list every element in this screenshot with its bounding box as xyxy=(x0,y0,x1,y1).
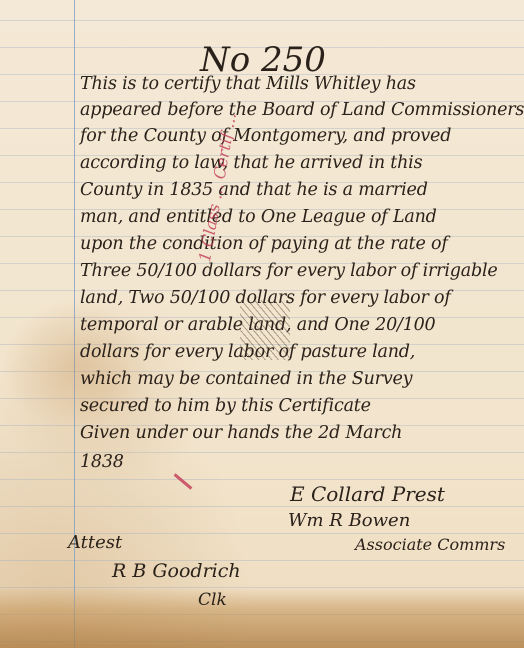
signature-president: E Collard Prest xyxy=(290,482,445,506)
signature-associate: Associate Commrs xyxy=(355,535,505,554)
signature-commissioner: Wm R Bowen xyxy=(288,510,410,531)
clerk-title: Clk xyxy=(198,590,227,610)
body-line: upon the condition of paying at the rate… xyxy=(80,234,448,254)
body-line: according to law, that he arrived in thi… xyxy=(80,153,422,173)
body-line: secured to him by this Certificate xyxy=(80,396,371,416)
water-stain-bottom xyxy=(0,588,524,648)
body-line: County in 1835 and that he is a married xyxy=(80,180,428,200)
body-line: man, and entitled to One League of Land xyxy=(80,207,437,227)
body-line: for the County of Montgomery, and proved xyxy=(80,126,451,146)
document-page: No 250 This is to certify that Mills Whi… xyxy=(0,0,524,648)
ink-scribble xyxy=(240,300,290,360)
attest-label: Attest xyxy=(68,532,122,553)
body-line: This is to certify that Mills Whitley ha… xyxy=(80,74,416,94)
body-line: 1838 xyxy=(80,452,124,472)
signature-clerk: R B Goodrich xyxy=(112,560,241,582)
body-line: appeared before the Board of Land Commis… xyxy=(80,100,524,120)
body-line: Three 50/100 dollars for every labor of … xyxy=(80,261,498,281)
body-line: which may be contained in the Survey xyxy=(80,369,412,389)
body-line: Given under our hands the 2d March xyxy=(80,423,402,443)
